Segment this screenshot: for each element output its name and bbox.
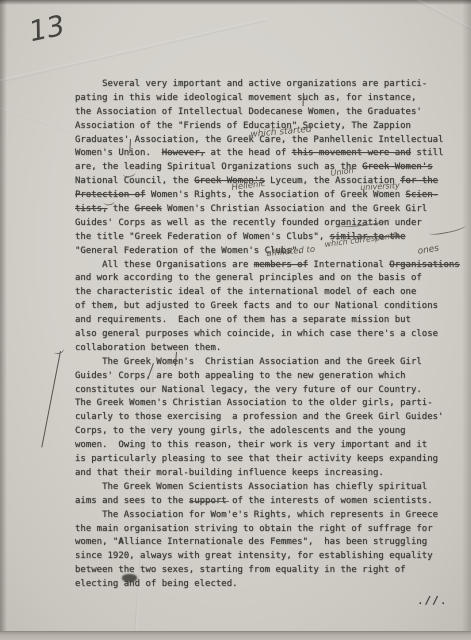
struck-text: Greek Women's	[362, 162, 432, 172]
typed-text-segment: the characteristic ideal of the internat…	[75, 287, 416, 297]
typed-line: since 1920, always with great intensity,…	[75, 550, 471, 564]
typed-line: The Greek Women's Christian Association …	[75, 397, 471, 411]
struck-text: this movement were and	[292, 148, 411, 158]
typed-text-segment: Guides' Corps as well as the recently fo…	[75, 218, 422, 228]
struck-text: Protection of	[75, 190, 145, 200]
document-page: Several very important and active organi…	[0, 0, 471, 640]
typed-text-segment: Association of the "Friends of Education…	[75, 121, 411, 131]
typed-text-segment: The Greek Women's Christian Association …	[75, 398, 433, 408]
margin-stroke-hook	[52, 344, 65, 355]
typed-line: tists, the Greek Women's Christian Assoc…	[75, 203, 471, 217]
typed-line: between the two sexes, starting from equ…	[75, 564, 471, 578]
typed-line: the main organisation striving to obtain…	[75, 523, 471, 537]
typed-text-segment: the title "Greek Federation of Women's C…	[75, 232, 330, 242]
typed-text-segment: Several very important and active organi…	[75, 79, 427, 89]
typed-text-segment: aims and sees to the support of the inte…	[75, 496, 433, 506]
typed-text-segment: "General Federation of the Women's Clubs…	[75, 246, 303, 256]
paper-crease	[368, 0, 471, 46]
typed-text-segment: The Association for Wom'e's Rights, whic…	[75, 510, 438, 520]
typed-text-segment: The Greek Women Scientists Association h…	[75, 482, 427, 492]
struck-text: Scien-	[406, 190, 439, 200]
typed-text-segment: The Greek Women's Christian Association …	[75, 357, 422, 367]
typed-text-segment: Women's Union.	[75, 148, 162, 158]
typed-text-segment: collaboration between them.	[75, 343, 221, 353]
typed-text-segment: the main organisation striving to obtain…	[75, 524, 433, 534]
typed-text-segment: Women's Christian Association and the Gr…	[162, 204, 428, 214]
typed-line: The Association for Wom'e's Rights, whic…	[75, 509, 471, 523]
struck-text: for the	[400, 176, 438, 186]
typed-text-segment: women. Owing to this reason, their work …	[75, 440, 427, 450]
struck-text: Organisations	[389, 260, 459, 270]
typed-text: Several very important and active organi…	[75, 78, 471, 592]
typed-line: are, the leading Spiritual Organizations…	[75, 161, 471, 175]
typed-text-segment: National Council, the	[75, 176, 194, 186]
typed-line: The Greek Women Scientists Association h…	[75, 481, 471, 495]
continuation-mark: .//.	[417, 594, 448, 607]
typed-line: the title "Greek Federation of Women's C…	[75, 231, 471, 245]
typed-text-segment: women, "	[75, 537, 118, 547]
typed-text-segment: are, the leading Spiritual Organizations…	[75, 162, 362, 172]
typed-text-segment: the Association of Intellectual Dodecane…	[75, 107, 422, 117]
typed-line: and work according to the general princi…	[75, 272, 471, 286]
typed-line: National Council, the Greek Women's Lyce…	[75, 175, 471, 189]
typed-line: and that their moral-building influence …	[75, 467, 471, 481]
typed-line: The Greek Women's Christian Association …	[75, 356, 471, 370]
typed-line: and requirements. Each one of them has a…	[75, 314, 471, 328]
typed-line: Protection of Women's Rights, the Associ…	[75, 189, 471, 203]
typed-line: collaboration between them.	[75, 342, 471, 356]
typed-line: the characteristic ideal of the internat…	[75, 286, 471, 300]
typed-line: Women's Union. However, at the head of t…	[75, 147, 471, 161]
typed-text-segment: International	[308, 260, 389, 270]
typed-text-segment: Lyceum, the Association	[265, 176, 400, 186]
typed-text-segment: lliance Internationale des Femmes", has …	[124, 537, 427, 547]
typed-text-segment: electing and of being elected.	[75, 579, 238, 589]
typed-line: All these Organisations are members of I…	[75, 259, 471, 273]
typed-line: the Association of Intellectual Dodecane…	[75, 106, 471, 120]
typed-line: aims and sees to the support of the inte…	[75, 495, 471, 509]
typed-text-segment: cularly to those exercising a profession…	[75, 412, 443, 422]
typed-text-segment: still	[411, 148, 444, 158]
typed-line: Graduates' Association, the Greek Care, …	[75, 134, 471, 148]
struck-text: Greek	[135, 204, 162, 214]
typed-text-segment: Corps, to the very young girls, the adol…	[75, 426, 406, 436]
typed-text-segment: and requirements. Each one of them has a…	[75, 315, 411, 325]
struck-text: similar to the	[330, 232, 406, 242]
typed-text-segment: Graduates' Association, the Greek Care, …	[75, 135, 443, 145]
typed-text-segment: constitutes our National legacy, the ver…	[75, 385, 422, 395]
page-number-handwritten: 13	[26, 9, 68, 49]
typed-line: is particularly pleasing to see that the…	[75, 453, 471, 467]
typed-line: Guides' Corps as well as the recently fo…	[75, 217, 471, 231]
struck-text: tists,	[75, 204, 108, 214]
typed-text-segment: since 1920, always with great intensity,…	[75, 551, 433, 561]
typed-line: "General Federation of the Women's Clubs…	[75, 245, 471, 259]
struck-text: Greek Women's	[194, 176, 264, 186]
typed-line: pating in this wide ideological movement…	[75, 92, 471, 106]
typed-line: constitutes our National legacy, the ver…	[75, 384, 471, 398]
typed-line: women, "Alliance Internationale des Femm…	[75, 536, 471, 550]
typed-text-segment: the	[108, 204, 135, 214]
struck-text: members of	[254, 260, 308, 270]
typed-line: electing and of being elected.	[75, 578, 471, 592]
typed-text-segment: at the head of	[205, 148, 292, 158]
typed-text-segment: Women's Rights, the Association of Greek…	[145, 190, 405, 200]
typed-text-segment: between the two sexes, starting from equ…	[75, 565, 406, 575]
typed-text-segment: also general purposes which coincide, in…	[75, 329, 438, 339]
typed-text-segment: Guides' Corps, are both appealing to the…	[75, 371, 406, 381]
struck-text: However,	[162, 148, 205, 158]
typed-line: Several very important and active organi…	[75, 78, 471, 92]
typed-line: Association of the "Friends of Education…	[75, 120, 471, 134]
typed-line: women. Owing to this reason, their work …	[75, 439, 471, 453]
scan-bottom-edge	[0, 631, 471, 640]
typed-line: Guides' Corps, are both appealing to the…	[75, 370, 471, 384]
typed-line: Corps, to the very young girls, the adol…	[75, 425, 471, 439]
typed-text-segment: pating in this wide ideological movement…	[75, 93, 416, 103]
typed-text-segment: All these Organisations are	[75, 260, 254, 270]
typed-line: cularly to those exercising a profession…	[75, 411, 471, 425]
typed-text-segment: is particularly pleasing to see that the…	[75, 454, 438, 464]
typed-text-segment: and that their moral-building influence …	[75, 468, 384, 478]
typed-text-segment: and work according to the general princi…	[75, 273, 422, 283]
margin-stroke	[41, 351, 61, 447]
typed-line: of them, but adjusted to Greek facts and…	[75, 300, 471, 314]
typed-line: also general purposes which coincide, in…	[75, 328, 471, 342]
typed-text-segment: of them, but adjusted to Greek facts and…	[75, 301, 438, 311]
